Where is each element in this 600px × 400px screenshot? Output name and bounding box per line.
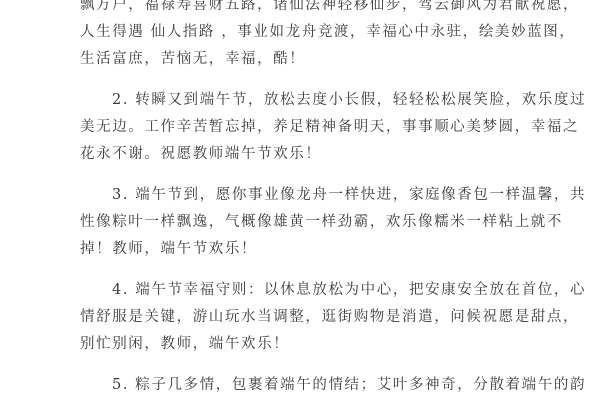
paragraph-5: 5. 粽子几多情，包裹着端午的情结；艾叶多神奇，分散着端午的韵 (80, 372, 532, 399)
text-line: 性像粽叶一样飘逸，气概像雄黄一样劲霸，欢乐像糯米一样粘上就不 (80, 209, 532, 236)
document-page: 飘万户，福禄寿喜财五路，诸仙法神轻移仙步，驾云御风为君献祝愿， 人生得遇 仙人指… (80, 0, 532, 399)
paragraph-1: 飘万户，福禄寿喜财五路，诸仙法神轻移仙步，驾云御风为君献祝愿， 人生得遇 仙人指… (80, 0, 532, 73)
text-line: 情舒服是关键，游山玩水当调整，逛街购物是消遣，问候祝愿是甜点， (80, 304, 532, 331)
paragraph-2: 2. 转瞬又到端午节，放松去度小长假，轻轻松松展笑脸，欢乐度过 美无边。工作辛苦… (80, 87, 532, 168)
paragraph-4: 4. 端午节幸福守则：以休息放松为中心，把安康安全放在首位，心 情舒服是关键，游… (80, 277, 532, 358)
text-line: 花永不谢。祝愿教师端午节欢乐！ (80, 141, 532, 168)
text-line: 别忙别闲，教师，端午欢乐！ (80, 331, 532, 358)
paragraph-3: 3. 端午节到，愿你事业像龙舟一样快进，家庭像香包一样温馨，共 性像粽叶一样飘逸… (80, 182, 532, 263)
text-line: 3. 端午节到，愿你事业像龙舟一样快进，家庭像香包一样温馨，共 (80, 182, 532, 209)
text-line: 生活富庶，苦恼无，幸福，酷！ (80, 46, 532, 73)
text-line: 4. 端午节幸福守则：以休息放松为中心，把安康安全放在首位，心 (80, 277, 532, 304)
text-line: 美无边。工作辛苦暂忘掉，养足精神备明天，事事顺心美梦圆，幸福之 (80, 114, 532, 141)
text-line: 飘万户，福禄寿喜财五路，诸仙法神轻移仙步，驾云御风为君献祝愿， (80, 0, 532, 19)
text-line: 人生得遇 仙人指路 ，事业如龙舟竞渡，幸福心中永驻，绘美妙蓝图， (80, 19, 532, 46)
text-line: 2. 转瞬又到端午节，放松去度小长假，轻轻松松展笑脸，欢乐度过 (80, 87, 532, 114)
text-line: 掉！教师，端午节欢乐！ (80, 236, 532, 263)
text-line: 5. 粽子几多情，包裹着端午的情结；艾叶多神奇，分散着端午的韵 (80, 372, 532, 399)
